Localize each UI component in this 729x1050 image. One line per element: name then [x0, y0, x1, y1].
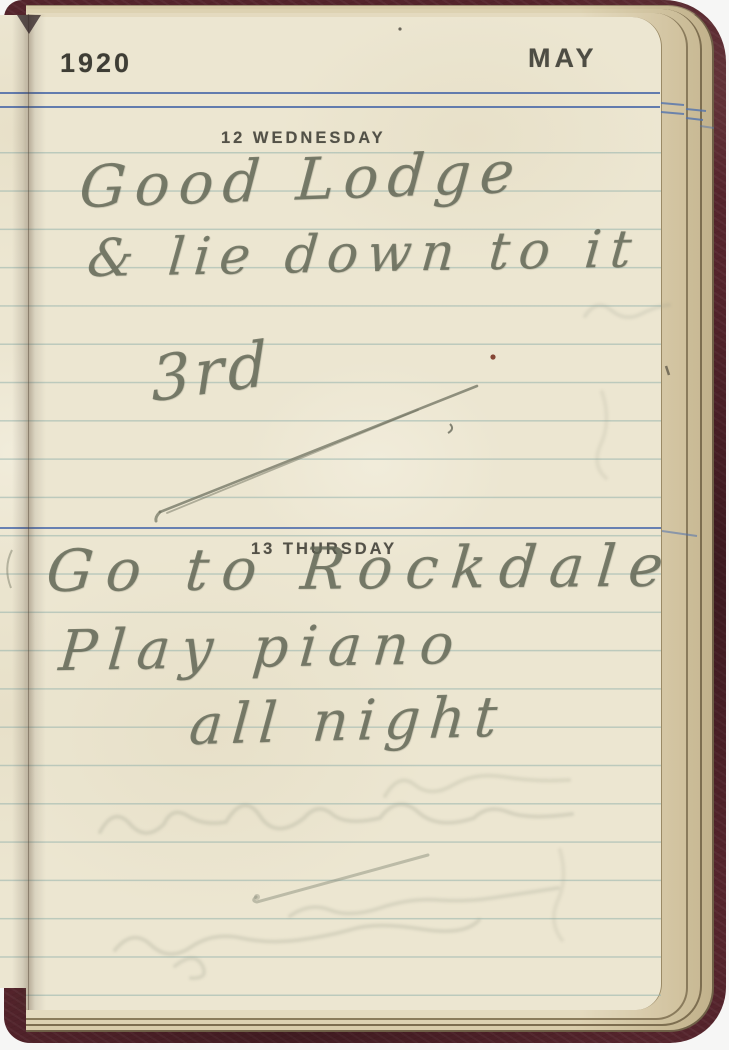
diary-scan: 1920 MAY 12 WEDNESDAY 13 THURSDAY Good L… [0, 0, 729, 1050]
handwriting-thursday-line2: Play piano [56, 613, 467, 685]
section-rule [0, 527, 661, 529]
handwriting-thursday-line3: all night [187, 686, 508, 759]
header-rule-double [0, 92, 660, 108]
diary-month: MAY [528, 43, 598, 74]
gutter-crease [12, 14, 46, 1010]
diary-year: 1920 [60, 48, 132, 79]
handwriting-wednesday-line2: & lie down to it [85, 220, 643, 290]
handwriting-thursday-line1: Go to Rockdale [44, 533, 680, 605]
